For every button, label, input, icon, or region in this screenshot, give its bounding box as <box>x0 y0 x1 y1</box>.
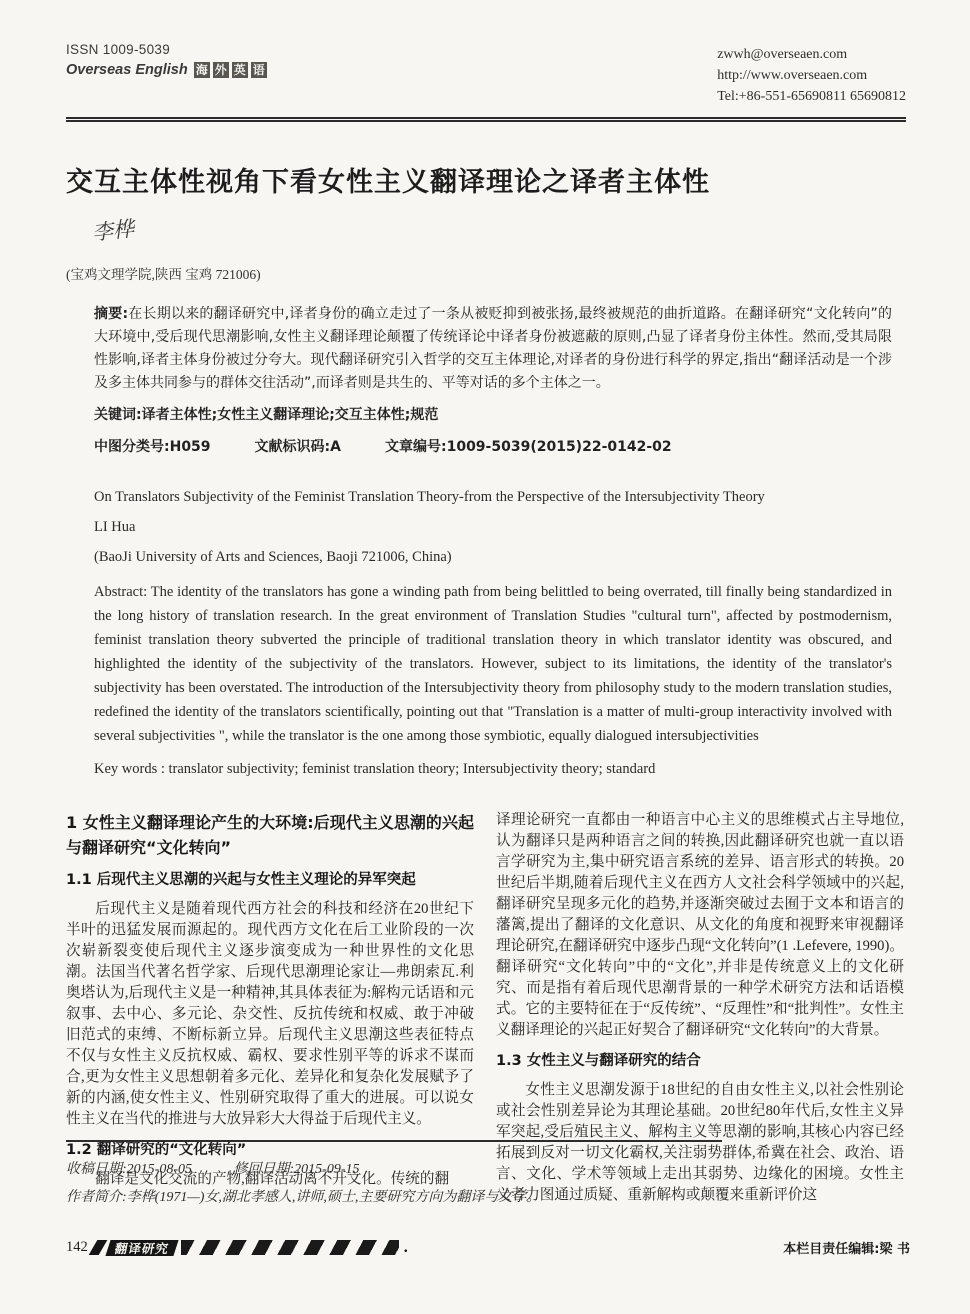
stripe-end-dot: . <box>404 1239 408 1257</box>
page-footer: 142 翻译研究 . 本栏目责任编辑:梁 书 <box>66 1238 910 1257</box>
keywords-cn-label: 关键词: <box>94 407 142 423</box>
document-code: 文献标识码:A <box>255 436 341 456</box>
abstract-en-label: Abstract: <box>94 584 147 600</box>
section-1-1-paragraph: 后现代主义是随着现代西方社会的科技和经济在20世纪下半叶的迅猛发展而源起的。现代… <box>66 899 474 1130</box>
page-number: 142 <box>66 1239 88 1256</box>
continuation-paragraph: 译理论研究一直都由一种语言中心主义的思维模式占主导地位,认为翻译只是两种语言之间… <box>496 810 904 1041</box>
issn-number: ISSN 1009-5039 <box>66 42 267 57</box>
affiliation-cn: (宝鸡文理学院,陕西 宝鸡 721006) <box>66 263 906 283</box>
journal-identity: ISSN 1009-5039 Overseas English 海 外 英 语 <box>66 42 267 78</box>
journal-website: http://www.overseaen.com <box>717 65 906 86</box>
scanned-journal-page: ISSN 1009-5039 Overseas English 海 外 英 语 … <box>0 0 970 1314</box>
abstract-en: Abstract: The identity of the translator… <box>94 580 892 748</box>
section-1-heading: 1 女性主义翻译理论产生的大环境:后现代主义思潮的兴起与翻译研究“文化转向” <box>66 810 474 860</box>
column-logo-text: 翻译研究 <box>113 1239 170 1257</box>
affiliation-en: (BaoJi University of Arts and Sciences, … <box>94 546 892 568</box>
journal-cn-char: 海 <box>194 62 210 78</box>
journal-header: ISSN 1009-5039 Overseas English 海 外 英 语 … <box>66 42 906 107</box>
english-section: On Translators Subjectivity of the Femin… <box>94 486 892 780</box>
column-logo-badge: 翻译研究 <box>105 1240 178 1256</box>
article-title-cn: 交互主体性视角下看女性主义翻译理论之译者主体性 <box>66 160 906 199</box>
keywords-en: Key words : translator subjectivity; fem… <box>94 758 892 780</box>
abstract-cn-label: 摘要: <box>94 306 128 322</box>
footnote-divider <box>66 1140 722 1142</box>
clc-number: 中图分类号:H059 <box>94 436 211 456</box>
section-1-1-heading: 1.1 后现代主义思潮的兴起与女性主义理论的异军突起 <box>66 870 474 891</box>
keywords-cn-text: 译者主体性;女性主义翻译理论;交互主体性;规范 <box>142 407 439 423</box>
journal-email: zwwh@overseaen.com <box>717 44 906 65</box>
received-date: 收稿日期:2015-08-05 <box>66 1162 192 1177</box>
journal-contact: zwwh@overseaen.com http://www.overseaen.… <box>717 42 906 107</box>
section-1-3-heading: 1.3 女性主义与翻译研究的结合 <box>496 1051 904 1072</box>
diagonal-stripes-icon <box>181 1240 399 1255</box>
journal-name: Overseas English 海 外 英 语 <box>66 62 267 78</box>
journal-cn-char: 外 <box>213 62 229 78</box>
author-en: LI Hua <box>94 516 892 538</box>
manuscript-dates: 收稿日期:2015-08-05 修回日期:2015-09-15 <box>66 1158 906 1178</box>
keywords-cn: 关键词:译者主体性;女性主义翻译理论;交互主体性;规范 <box>94 404 892 424</box>
header-divider <box>66 117 906 122</box>
classification-line: 中图分类号:H059 文献标识码:A 文章编号:1009-5039(2015)2… <box>94 436 892 456</box>
footnote-area: 收稿日期:2015-08-05 修回日期:2015-09-15 作者简介:李桦(… <box>66 1140 906 1206</box>
article-id: 文章编号:1009-5039(2015)22-0142-02 <box>385 436 672 456</box>
abstract-cn-text: 在长期以来的翻译研究中,译者身份的确立走过了一条从被贬抑到被张扬,最终被规范的曲… <box>94 306 892 391</box>
journal-name-en: Overseas English <box>66 62 188 78</box>
author-signature: 李桦 <box>90 210 163 247</box>
journal-telephone: Tel:+86-551-65690811 65690812 <box>717 86 906 107</box>
slash-icon <box>88 1240 107 1255</box>
revised-date: 修回日期:2015-09-15 <box>234 1162 360 1177</box>
article-title-en: On Translators Subjectivity of the Femin… <box>94 486 892 508</box>
journal-name-cn: 海 外 英 语 <box>194 62 267 78</box>
column-editor: 本栏目责任编辑:梁 书 <box>783 1238 910 1257</box>
abstract-cn: 摘要:在长期以来的翻译研究中,译者身份的确立走过了一条从被贬抑到被张扬,最终被规… <box>94 303 892 395</box>
abstract-en-text: The identity of the translators has gone… <box>94 584 892 744</box>
journal-cn-char: 英 <box>232 62 248 78</box>
author-bio: 作者简介:李桦(1971—)女,湖北孝感人,讲师,硕士,主要研究方向为翻译与文学… <box>66 1186 906 1206</box>
footer-left: 142 翻译研究 . <box>66 1239 408 1257</box>
journal-cn-char: 语 <box>251 62 267 78</box>
